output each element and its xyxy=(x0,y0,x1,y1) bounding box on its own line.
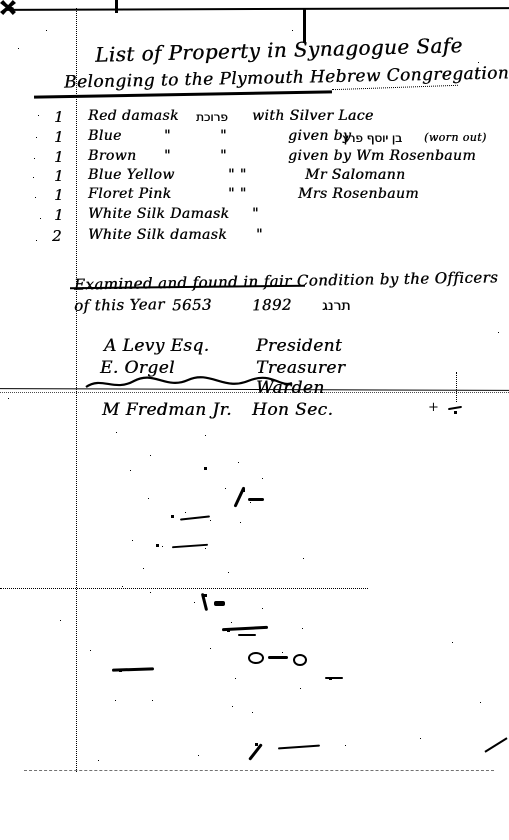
ink-smudge xyxy=(268,656,288,659)
top-ink-tick xyxy=(115,0,118,13)
document-subtitle: Belonging to the Plymouth Hebrew Congreg… xyxy=(64,63,509,92)
item-remark: with Silver Lace xyxy=(252,108,374,124)
item-fabric: Blue Yellow xyxy=(88,167,175,183)
corner-ink-stroke xyxy=(484,737,507,752)
inventory-row: 1 White Silk Damask " xyxy=(0,206,509,226)
item-quantity: 1 xyxy=(54,128,64,146)
item-quantity: 1 xyxy=(54,108,64,126)
ink-ring xyxy=(248,652,264,664)
ink-smudge xyxy=(238,634,256,636)
ink-smudge xyxy=(233,486,245,507)
examined-prefix: of this Year xyxy=(74,295,165,315)
ditto-mark: " xyxy=(164,128,171,144)
ink-smudge xyxy=(172,544,208,549)
inventory-row: 1 Brown " " given by Wm Rosenbaum xyxy=(0,148,509,168)
ink-smudge xyxy=(201,593,208,611)
ditto-mark: " xyxy=(252,206,259,222)
top-edge-rule xyxy=(6,7,509,11)
item-quantity: 1 xyxy=(54,186,64,204)
ink-smudge xyxy=(180,515,210,520)
item-quantity: 2 xyxy=(52,227,62,245)
year-civil: 1892 xyxy=(252,296,292,315)
year-hebrew: תרנג xyxy=(322,298,350,314)
inventory-row: 1 Floret Pink " " Mrs Rosenbaum xyxy=(0,186,509,206)
ink-smudge xyxy=(112,667,154,671)
inventory-row: 1 Blue Yellow " " Mr Salomann xyxy=(0,167,509,187)
item-fabric: Brown xyxy=(88,148,136,164)
ink-smudge xyxy=(214,601,225,606)
signature-title: President xyxy=(256,336,342,356)
donor-hebrew-inscription: בן יוסף פרץ xyxy=(342,131,402,145)
scan-noise-specks-large xyxy=(0,0,1,1)
ditto-mark: " xyxy=(164,148,171,164)
ink-smudge xyxy=(325,677,343,679)
ditto-mark: " xyxy=(220,148,227,164)
ditto-mark: " xyxy=(220,128,227,144)
ditto-mark: " " xyxy=(228,167,247,183)
signature-title: Hon Sec. xyxy=(252,400,333,420)
item-fabric: Blue xyxy=(88,128,122,144)
fold-crease-lower xyxy=(24,770,494,771)
fold-crease-middle xyxy=(0,588,368,589)
fold-crease-upper-shadow xyxy=(0,392,509,393)
document-title: List of Property in Synagogue Safe xyxy=(95,33,463,67)
item-quantity: 1 xyxy=(54,206,64,224)
item-fabric: White Silk Damask xyxy=(88,206,229,222)
ink-smudge xyxy=(248,743,263,761)
ink-smudge xyxy=(222,626,268,631)
item-remark: Mrs Rosenbaum xyxy=(298,186,419,202)
item-remark: Mr Salomann xyxy=(305,167,405,183)
item-quantity: 1 xyxy=(54,167,64,185)
signature-name: M Fredman Jr. xyxy=(102,400,232,420)
signature-name: A Levy Esq. xyxy=(104,336,209,356)
scanned-document-page: List of Property in Synagogue Safe Belon… xyxy=(0,0,509,840)
item-fabric: White Silk damask xyxy=(88,227,227,243)
inventory-row: 1 Red damask פרוכת with Silver Lace xyxy=(0,108,509,128)
examined-note-line2: of this Year xyxy=(74,295,165,315)
ink-ring xyxy=(293,654,307,666)
item-quantity: 1 xyxy=(54,148,64,166)
year-hebrew-numerals: 5653 xyxy=(172,296,212,315)
examined-note-line1: Examined and found in fair Condition by … xyxy=(74,268,498,293)
ditto-mark: " " xyxy=(228,186,247,202)
item-fabric: Floret Pink xyxy=(88,186,171,202)
item-condition: (worn out) xyxy=(424,131,487,144)
item-fabric: Red damask xyxy=(88,108,179,124)
inventory-row: 2 White Silk damask " xyxy=(0,227,509,247)
ink-smudge xyxy=(278,745,320,750)
inventory-row: 1 Blue " " given by בן יוסף פרץ (worn ou… xyxy=(0,128,509,148)
right-fold-dots xyxy=(456,372,457,402)
item-hebrew-word: פרוכת xyxy=(196,110,228,124)
margin-plus-mark: + xyxy=(428,400,439,415)
ditto-mark: " xyxy=(256,227,263,243)
item-remark: given by Wm Rosenbaum xyxy=(288,148,476,164)
ink-smudge xyxy=(248,498,264,501)
signature-row: A Levy Esq. President xyxy=(0,336,509,358)
